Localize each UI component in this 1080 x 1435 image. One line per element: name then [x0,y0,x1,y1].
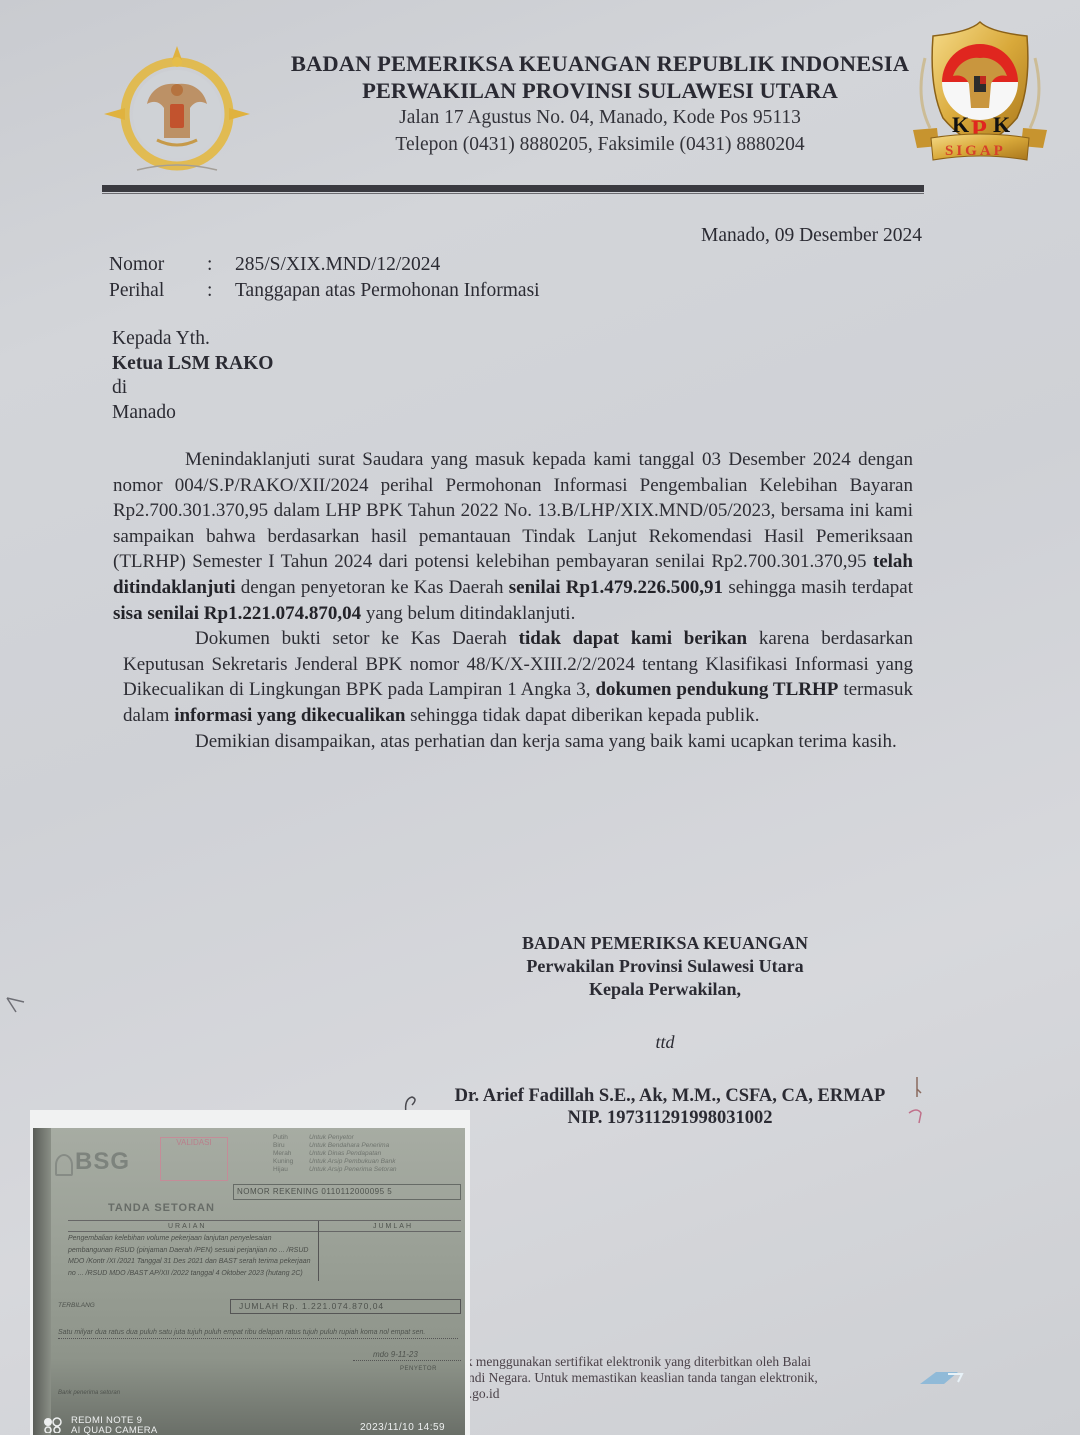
copy-color: Merah [273,1150,309,1158]
paragraph-3: Demikian disampaikan, atas perhatian dan… [123,729,913,755]
meta-sep: : [207,278,235,304]
account-value: 0110112000095 5 [321,1187,392,1196]
signature-ttd: ttd [470,1032,860,1053]
bpk-garuda-emblem-icon [92,42,272,192]
svg-text:K: K [993,112,1010,137]
validation-stamp: VALIDASI [160,1137,228,1181]
esign-line: andi Negara. Untuk memastikan keaslian t… [462,1370,902,1386]
handwritten-initial-icon [905,1075,929,1127]
emphasis: sisa senilai Rp1.221.074.870,04 [113,603,361,624]
copy-row: PutihUntuk Penyetor [273,1134,397,1142]
letterhead-divider-thin [102,193,924,194]
addressee-block: Kepada Yth. Ketua LSM RAKO di Manado [112,327,273,425]
org-unit: PERWAKILAN PROVINSI SULAWESI UTARA [270,77,930,104]
camera-sub: AI QUAD CAMERA [71,1426,158,1435]
emphasis: dokumen pendukung TLRHP [595,679,838,700]
bsre-logo-icon [918,1368,966,1388]
copy-use: Untuk Arsip Pembukuan Bank [309,1158,395,1165]
letter-body: Menindaklanjuti surat Saudara yang masuk… [113,447,913,754]
svg-text:SIGAP: SIGAP [945,143,1006,159]
copy-color: Kuning [273,1158,309,1166]
org-address: Jalan 17 Agustus No. 04, Manado, Kode Po… [270,104,930,131]
total-label: JUMLAH Rp. [239,1301,299,1311]
copy-use: Untuk Bendahara Penerima [309,1142,389,1149]
copy-row: BiruUntuk Bendahara Penerima [273,1142,397,1150]
copy-use: Untuk Penyetor [309,1134,354,1141]
emphasis: tidak dapat kami berikan [519,628,747,649]
signature-position: Kepala Perwakilan, [470,978,860,1001]
copy-use: Untuk Arsip Penerima Setoran [309,1166,397,1173]
text: yang belum ditindaklanjuti. [361,603,575,624]
stamp-text: VALIDASI [176,1138,211,1147]
amount-in-words: Satu milyar dua ratus dua puluh satu jut… [58,1328,458,1339]
signer: Dr. Arief Fadillah S.E., Ak, M.M., CSFA,… [420,1085,920,1129]
total-value: 1.221.074.870,04 [302,1301,384,1311]
account-number-box: NOMOR REKENING 0110112000095 5 [233,1184,461,1200]
bank-logo-text: BSG [75,1148,130,1176]
signature-block: BADAN PEMERIKSA KEUANGAN Perwakilan Prov… [470,932,860,1001]
esign-line: ik menggunakan sertifikat elektronik yan… [462,1354,902,1370]
meta-value: 285/S/XIX.MND/12/2024 [235,252,440,278]
text: Menindaklanjuti surat Saudara yang masuk… [113,449,913,572]
camera-watermark-icon [42,1417,64,1433]
esign-line: k.go.id [462,1386,902,1402]
meta-label: Perihal [109,278,207,304]
col-divider [318,1221,319,1281]
recipient: Ketua LSM RAKO [112,352,273,377]
slip-table-header: URAIAN JUMLAH [68,1220,461,1232]
emphasis: senilai Rp1.479.226.500,91 [509,577,723,598]
deposit-slip-photo: BSG VALIDASI PutihUntuk Penyetor BiruUnt… [30,1110,470,1435]
receiver-label: Bank penerima setoran [58,1390,120,1396]
terbilang-label: TERBILANG [58,1302,95,1309]
signature-org: BADAN PEMERIKSA KEUANGAN [470,932,860,955]
recipient-di: di [112,376,273,401]
slip-shadow-edge [33,1128,51,1435]
slip-title: TANDA SETORAN [108,1202,215,1214]
penyetor-label: PENYETOR [400,1366,437,1372]
meta-row-perihal: Perihal : Tanggapan atas Permohonan Info… [109,278,540,304]
signature-unit: Perwakilan Provinsi Sulawesi Utara [470,955,860,978]
copy-row: MerahUntuk Dinas Pendapatan [273,1150,397,1158]
copy-color: Hijau [273,1166,309,1174]
svg-text:K: K [952,112,969,137]
text: sehingga tidak dapat diberikan kepada pu… [405,705,759,726]
meta-value: Tanggapan atas Permohonan Informasi [235,278,540,304]
meta-sep: : [207,252,235,278]
slip-total: JUMLAH Rp. 1.221.074.870,04 [230,1299,461,1314]
copy-row: KuningUntuk Arsip Pembukuan Bank [273,1158,397,1166]
text: dengan penyetoran ke Kas Daerah [236,577,509,598]
paragraph-2: Dokumen bukti setor ke Kas Daerah tidak … [123,626,913,728]
copy-use: Untuk Dinas Pendapatan [309,1150,381,1157]
signer-name: Dr. Arief Fadillah S.E., Ak, M.M., CSFA,… [420,1085,920,1107]
pen-mark-icon [4,994,32,1016]
bank-logo-icon [55,1154,73,1176]
copy-color: Putih [273,1134,309,1142]
deposit-slip: BSG VALIDASI PutihUntuk Penyetor BiruUnt… [33,1128,465,1435]
kpk-sigap-shield-icon: K P K SIGAP [905,18,1055,166]
letter-meta: Nomor : 285/S/XIX.MND/12/2024 Perihal : … [109,252,540,304]
salutation: Kepada Yth. [112,327,273,352]
photo-timestamp: 2023/11/10 14:59 [360,1422,445,1433]
signature-line [353,1360,461,1361]
copy-color: Biru [273,1142,309,1150]
esign-note: ik menggunakan sertifikat elektronik yan… [462,1354,902,1402]
letterhead: BADAN PEMERIKSA KEUANGAN REPUBLIK INDONE… [270,50,930,158]
emphasis: informasi yang dikecualikan [174,705,405,726]
slip-place-date: mdo 9-11-23 [373,1350,418,1359]
letterhead-divider [102,185,924,192]
slip-description: Pengembalian kelebihan volume pekerjaan … [68,1233,318,1279]
paragraph-1: Menindaklanjuti surat Saudara yang masuk… [113,447,913,626]
org-contact: Telepon (0431) 8880205, Faksimile (0431)… [270,131,930,158]
meta-label: Nomor [109,252,207,278]
org-name: BADAN PEMERIKSA KEUANGAN REPUBLIK INDONE… [270,50,930,77]
col-uraian: URAIAN [168,1221,206,1232]
camera-watermark: REDMI NOTE 9 AI QUAD CAMERA [71,1416,158,1435]
copy-distribution: PutihUntuk Penyetor BiruUntuk Bendahara … [273,1134,397,1174]
signer-nip: NIP. 197311291998031002 [420,1107,920,1129]
recipient-city: Manado [112,401,273,426]
letter-date: Manado, 09 Desember 2024 [701,225,922,247]
col-jumlah: JUMLAH [373,1221,413,1232]
copy-row: HijauUntuk Arsip Penerima Setoran [273,1166,397,1174]
text: sehingga masih terdapat [723,577,913,598]
account-label: NOMOR REKENING [237,1187,319,1196]
text: Dokumen bukti setor ke Kas Daerah [195,628,519,649]
meta-row-nomor: Nomor : 285/S/XIX.MND/12/2024 [109,252,540,278]
